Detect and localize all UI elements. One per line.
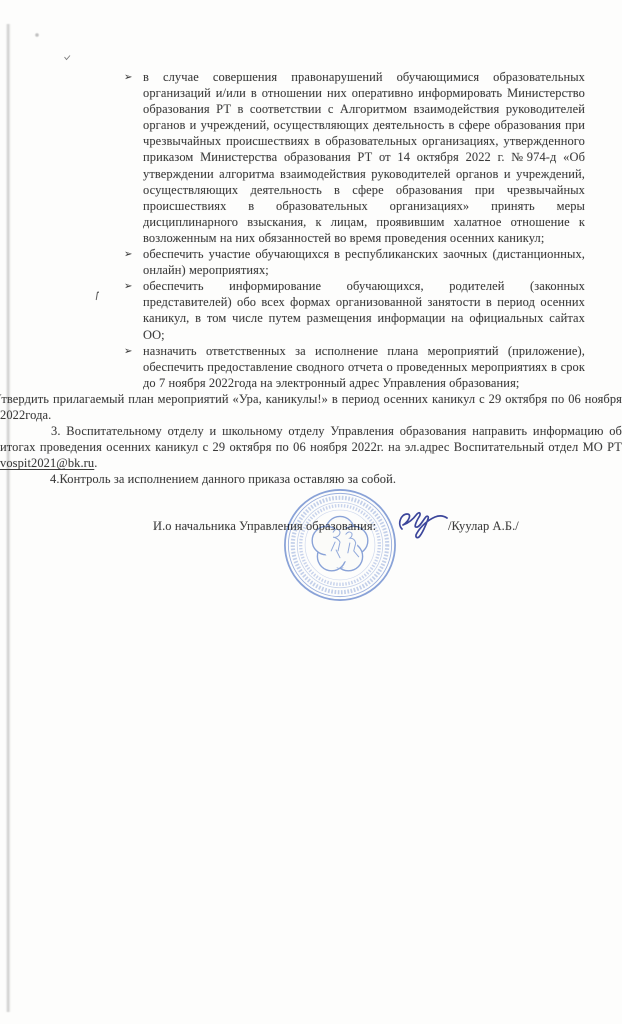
bullet-item: ➢назначить ответственных за исполнение п… — [143, 343, 585, 391]
handwritten-signature — [394, 502, 452, 540]
bullet-text: обеспечить информирование обучающихся, р… — [143, 279, 585, 341]
bullet-text: назначить ответственных за исполнение пл… — [143, 344, 585, 390]
arrow-bullet-icon: ➢ — [124, 70, 132, 86]
arrow-bullet-icon: ➢ — [124, 344, 132, 360]
bullet-item: ➢в случае совершения правонарушений обуч… — [143, 69, 585, 246]
order-item-3: 3. Воспитательному отделу и школьному от… — [0, 423, 622, 471]
bullet-item: ➢обеспечить участие обучающихся в респуб… — [143, 246, 585, 278]
official-round-stamp — [281, 486, 399, 604]
bullet-text: обеспечить участие обучающихся в республ… — [143, 247, 585, 277]
arrow-bullet-icon: ➢ — [124, 247, 132, 263]
scan-artifact-dot — [34, 32, 40, 38]
item-3-text: 3. Воспитательному отделу и школьному от… — [0, 424, 622, 454]
directive-list: ➢в случае совершения правонарушений обуч… — [143, 69, 585, 391]
arrow-bullet-icon: ➢ — [124, 279, 132, 295]
signatory-name: /Куулар А.Б./ — [448, 518, 519, 534]
order-item-2: 2. Утвердить прилагаемый план мероприяти… — [0, 391, 622, 423]
scanned-document-page: ➢в случае совершения правонарушений обуч… — [0, 0, 622, 1024]
bullet-text: в случае совершения правонарушений обуча… — [143, 70, 585, 245]
scan-artifact-check-mark — [64, 55, 71, 61]
email-link: vospit2021@bk.ru — [0, 456, 94, 470]
bullet-item: ➢обеспечить информирование обучающихся, … — [143, 278, 585, 342]
item-3-text-end: . — [94, 456, 97, 470]
